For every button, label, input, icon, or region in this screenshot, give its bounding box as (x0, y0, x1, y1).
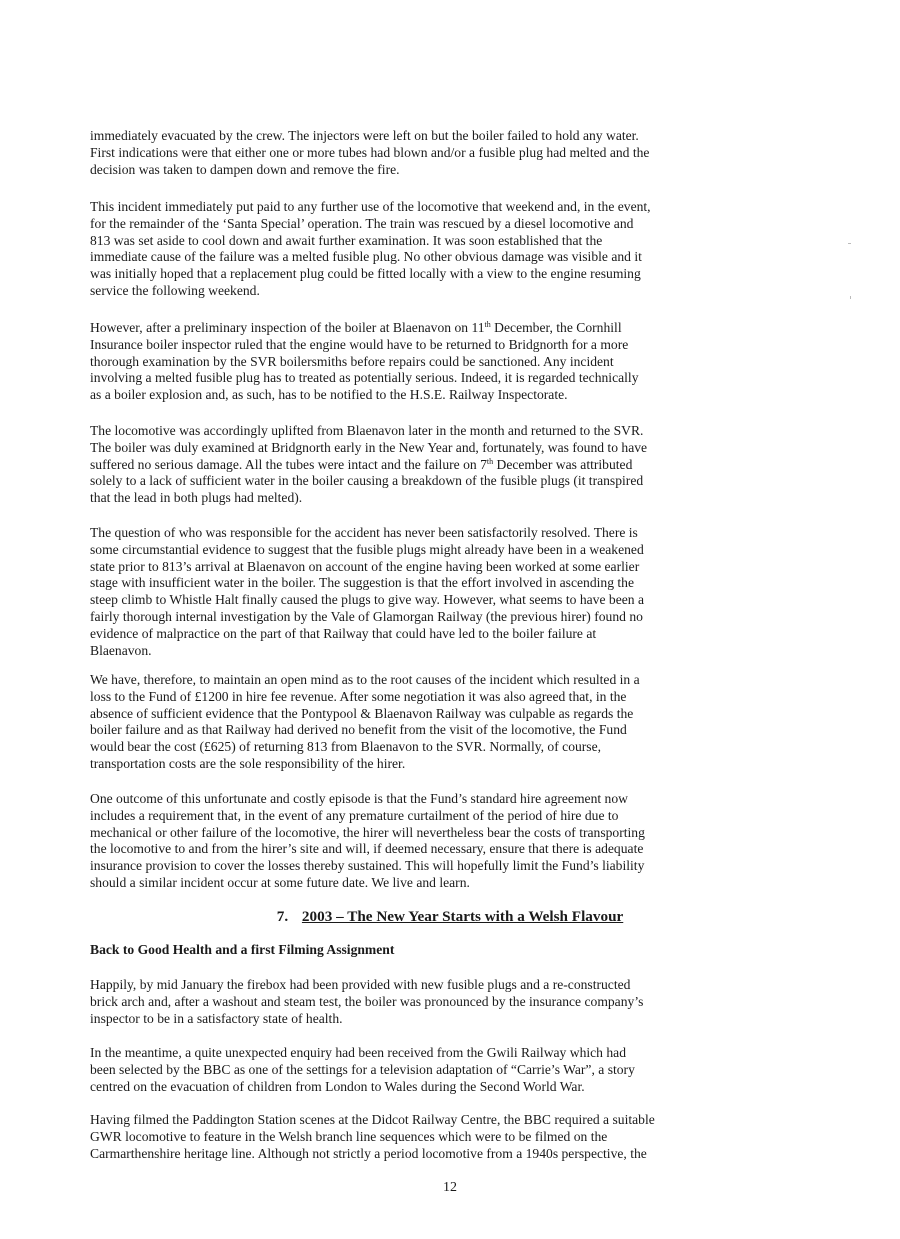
document-page: immediately evacuated by the crew. The i… (0, 0, 900, 1239)
text-line: suffered no serious damage. All the tube… (90, 457, 710, 474)
text-line: Blaenavon. (90, 643, 710, 660)
paragraph-gwili-enquiry: In the meantime, a quite unexpected enqu… (90, 1045, 710, 1095)
text-line: as a boiler explosion and, as such, has … (90, 387, 710, 404)
paragraph-outcome: One outcome of this unfortunate and cost… (90, 791, 710, 892)
scan-artifact (850, 296, 851, 299)
text-line: Insurance boiler inspector ruled that th… (90, 337, 710, 354)
text-line: brick arch and, after a washout and stea… (90, 994, 710, 1011)
text-line: centred on the evacuation of children fr… (90, 1079, 710, 1096)
text-line: Having filmed the Paddington Station sce… (90, 1112, 710, 1129)
text-line: state prior to 813’s arrival at Blaenavo… (90, 559, 710, 576)
page-number: 12 (0, 1180, 900, 1196)
text-line: The boiler was duly examined at Bridgnor… (90, 440, 710, 457)
text-line: First indications were that either one o… (90, 145, 710, 162)
text-line: loss to the Fund of £1200 in hire fee re… (90, 689, 710, 706)
text-line: However, after a preliminary inspection … (90, 320, 710, 337)
paragraph-boiler-inspection: However, after a preliminary inspection … (90, 320, 710, 404)
text-line: We have, therefore, to maintain an open … (90, 672, 710, 689)
text-line: evidence of malpractice on the part of t… (90, 626, 710, 643)
text-line: was initially hoped that a replacement p… (90, 266, 710, 283)
text-line: that the lead in both plugs had melted). (90, 490, 710, 507)
text-line: steep climb to Whistle Halt finally caus… (90, 592, 710, 609)
subsection-heading: Back to Good Health and a first Filming … (90, 942, 394, 958)
scan-artifact (848, 243, 851, 244)
text-line: immediate cause of the failure was a mel… (90, 249, 710, 266)
paragraph-incident-consequence: This incident immediately put paid to an… (90, 199, 710, 300)
paragraph-open-mind: We have, therefore, to maintain an open … (90, 672, 710, 773)
text-line: would bear the cost (£625) of returning … (90, 739, 710, 756)
section-number: 7. (277, 908, 288, 925)
text-line: absence of sufficient evidence that the … (90, 706, 710, 723)
text-line: This incident immediately put paid to an… (90, 199, 710, 216)
text-line: Happily, by mid January the firebox had … (90, 977, 710, 994)
section-heading: 7. 2003 – The New Year Starts with a Wel… (0, 908, 900, 926)
text-line: involving a melted fusible plug has to t… (90, 370, 710, 387)
paragraph-locomotive-uplifted: The locomotive was accordingly uplifted … (90, 423, 710, 507)
text-line: boiler failure and as that Railway had d… (90, 722, 710, 739)
text-line: GWR locomotive to feature in the Welsh b… (90, 1129, 710, 1146)
text-line: The locomotive was accordingly uplifted … (90, 423, 710, 440)
text-line: stage with insufficient water in the boi… (90, 575, 710, 592)
text-line: should a similar incident occur at some … (90, 875, 710, 892)
paragraph-responsibility-question: The question of who was responsible for … (90, 525, 710, 659)
text-line: The question of who was responsible for … (90, 525, 710, 542)
text-line: 813 was set aside to cool down and await… (90, 233, 710, 250)
paragraph-crew-evacuation: immediately evacuated by the crew. The i… (90, 128, 710, 178)
text-line: thorough examination by the SVR boilersm… (90, 354, 710, 371)
text-line: solely to a lack of sufficient water in … (90, 473, 710, 490)
text-line: decision was taken to dampen down and re… (90, 162, 710, 179)
text-line: the locomotive to and from the hirer’s s… (90, 841, 710, 858)
text-line: One outcome of this unfortunate and cost… (90, 791, 710, 808)
text-line: mechanical or other failure of the locom… (90, 825, 710, 842)
paragraph-good-health: Happily, by mid January the firebox had … (90, 977, 710, 1027)
text-line: includes a requirement that, in the even… (90, 808, 710, 825)
text-line: In the meantime, a quite unexpected enqu… (90, 1045, 710, 1062)
text-line: immediately evacuated by the crew. The i… (90, 128, 710, 145)
paragraph-bbc-filming: Having filmed the Paddington Station sce… (90, 1112, 710, 1162)
text-line: service the following weekend. (90, 283, 710, 300)
text-line: transportation costs are the sole respon… (90, 756, 710, 773)
text-line: insurance provision to cover the losses … (90, 858, 710, 875)
section-title: 2003 – The New Year Starts with a Welsh … (302, 908, 623, 925)
text-line: been selected by the BBC as one of the s… (90, 1062, 710, 1079)
text-line: inspector to be in a satisfactory state … (90, 1011, 710, 1028)
text-line: some circumstantial evidence to suggest … (90, 542, 710, 559)
text-line: fairly thorough internal investigation b… (90, 609, 710, 626)
text-line: Carmarthenshire heritage line. Although … (90, 1146, 710, 1163)
text-line: for the remainder of the ‘Santa Special’… (90, 216, 710, 233)
